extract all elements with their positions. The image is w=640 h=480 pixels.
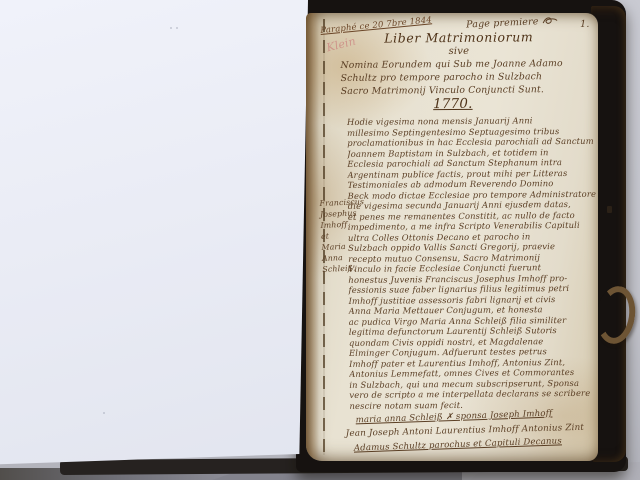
signature-parish-priest: Adamus Schultz parochus et Capituli Deca… [354,436,562,453]
dust-speck [103,412,105,414]
dust-speck [176,27,178,29]
dust-speck [170,27,172,29]
page-number: 1. [580,19,589,30]
fore-edge-mark [607,206,612,213]
paraph-flourish-icon [541,15,557,26]
page-subtitle: sive [356,45,561,58]
archival-signature: Klein [325,34,357,54]
handwritten-ink-layer: Paraphé ce 20 7bre 1844 Klein Page premi… [306,13,598,461]
manuscript-line: fessionis suae faber lignarius filius le… [348,283,596,296]
signature-spouses: maria anna Schleiß ✗ sponsa Joseph Imhof… [355,409,552,426]
year-heading: 1770. [383,95,523,112]
manuscript-line: vero de scripto a me interpellata declar… [349,388,597,401]
page-title: Liber Matrimoniorum [356,29,561,46]
white-backing-sheet [0,0,308,468]
manuscript-photo-scene: Paraphé ce 20 7bre 1844 Klein Page premi… [0,0,640,480]
manuscript-line: impedimento, a me infra Scripto Venerabi… [348,220,596,233]
preamble-block: Nomina Eorundem qui Sub me Joanne AdamoS… [340,57,575,98]
marriage-entry-body: Hodie vigesima nona mensis Januarij Anni… [347,115,598,411]
manuscript-line: proclamationibus in hac Ecclesia parochi… [347,136,595,149]
manuscript-line: nescire notam suam fecit. [349,398,597,411]
manuscript-page: Paraphé ce 20 7bre 1844 Klein Page premi… [306,13,598,461]
